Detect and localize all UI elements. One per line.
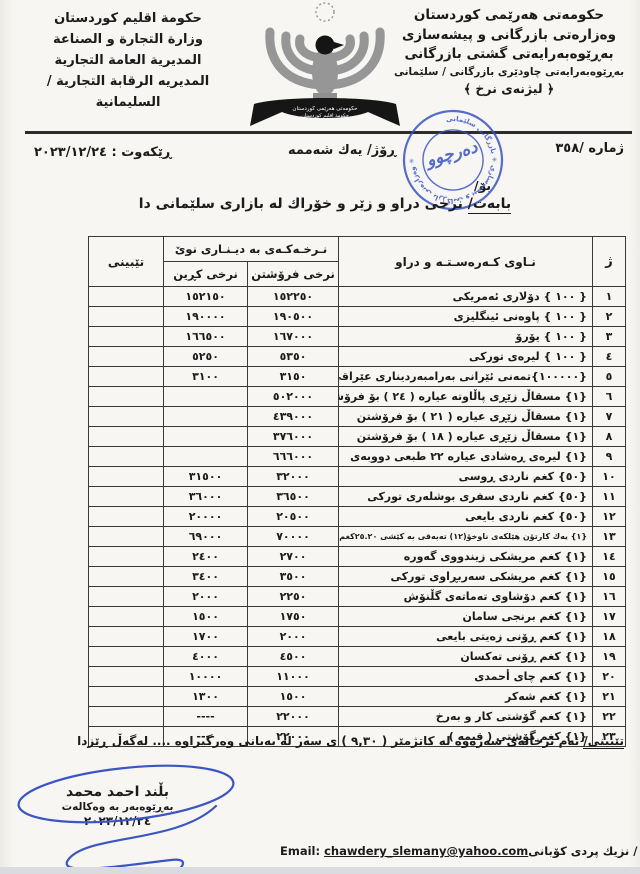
buy-price-cell: ٣١٥٠٠ — [164, 467, 248, 487]
sell-price-cell: ٢٢٠٠٠ — [248, 707, 339, 727]
sun-icon — [316, 3, 334, 21]
document-number: ژماره /٣٥٨ — [555, 141, 624, 156]
row-number-cell: ١١ — [593, 487, 626, 507]
header-arabic-line: المديرية العامة التجارية — [14, 50, 242, 71]
row-number-cell: ٢٠ — [593, 667, 626, 687]
buy-price-cell: ١٩٠٠٠٠ — [164, 307, 248, 327]
emblem-ribbon — [250, 98, 400, 126]
header-divider — [25, 131, 632, 134]
footer-note: تێبینی/ ئەم نرخانەی سەرەوە لە كاتژمێر ( … — [77, 734, 624, 748]
table-row: ٥ {١٠٠٠٠٠}تمەنی ئێرانی بەرامبەردیناری عێ… — [89, 367, 626, 387]
item-name-cell: { ١٠٠ } دۆلاری ئەمریكی — [339, 287, 593, 307]
header-kurdish-line: بەڕێوەبەرایەتی چاودێری بازرگانی / سلێمان… — [390, 65, 628, 81]
signer-date: ٢٠٢٣/١٢/٢٤ — [30, 814, 205, 828]
table-row: ٧ {١} مسقاڵ زێڕی عیارە ( ٢١ ) بۆ فرۆشتن … — [89, 407, 626, 427]
table-row: ٢٢ {١} كغم گۆشتی كار و بەرخ ٢٢٠٠٠ ---- — [89, 707, 626, 727]
item-name-cell: {١} مسقاڵ زێڕی عیارە ( ١٨ ) بۆ فرۆشتن — [339, 427, 593, 447]
table-row: ٤ { ١٠٠ } لیرەی توركی ٥٣٥٠ ٥٢٥٠ — [89, 347, 626, 367]
item-name-cell: {٥٠} كغم ناردی سفری بوشلەری توركی — [339, 487, 593, 507]
price-table-body: ١ { ١٠٠ } دۆلاری ئەمریكی ١٥٢٢٥٠ ١٥٢١٥٠ ٢… — [89, 287, 626, 747]
row-number-cell: ١٨ — [593, 627, 626, 647]
signature-block: بڵند احمد محمد بەڕێوەبەر بە وەكالەت ٢٠٢٣… — [30, 784, 205, 828]
buy-price-cell: ٣٦٠٠٠ — [164, 487, 248, 507]
col-header-number: ژ — [593, 237, 626, 287]
table-row: ١١ {٥٠} كغم ناردی سفری بوشلەری توركی ٣٦٥… — [89, 487, 626, 507]
table-row: ١٩ {١} كغم ڕۆنی تەكسان ٤٥٠٠ ٤٠٠٠ — [89, 647, 626, 667]
row-number-cell: ١٠ — [593, 467, 626, 487]
header-arabic-line: المديريه الرقابة التجارية / السليمانية — [14, 71, 242, 113]
table-row: ٢٠ {١} كغم چای أحمدی ١١٠٠٠ ١٠٠٠٠ — [89, 667, 626, 687]
buy-price-cell: ٦٩٠٠٠ — [164, 527, 248, 547]
note-cell — [89, 447, 164, 467]
row-number-cell: ٦ — [593, 387, 626, 407]
table-row: ٨ {١} مسقاڵ زێڕی عیارە ( ١٨ ) بۆ فرۆشتن … — [89, 427, 626, 447]
item-name-cell: {١} یەك كارتۆن هێلكەی ناوخۆ(١٢) تەبەقی ب… — [339, 527, 593, 547]
buy-price-cell: ١٦٦٥٠٠ — [164, 327, 248, 347]
sell-price-cell: ٣٥٠٠ — [248, 567, 339, 587]
note-cell — [89, 667, 164, 687]
table-row: ٢ { ١٠٠ } پاوەنی ئینگلیزی ١٩٠٥٠٠ ١٩٠٠٠٠ — [89, 307, 626, 327]
row-number-cell: ١ — [593, 287, 626, 307]
item-name-cell: {١} كغم ڕۆنی زەیتی بایعی — [339, 627, 593, 647]
row-number-cell: ٩ — [593, 447, 626, 467]
emblem-ribbon-text: حكومة اقليم كوردستان — [301, 113, 349, 119]
note-cell — [89, 547, 164, 567]
title-prefix: بابەت/ — [468, 196, 511, 214]
sell-price-cell: ١٥٢٢٥٠ — [248, 287, 339, 307]
note-cell — [89, 527, 164, 547]
sell-price-cell: ٦٦٦٠٠٠ — [248, 447, 339, 467]
item-name-cell: { ١٠٠ } یۆرۆ — [339, 327, 593, 347]
row-number-cell: ١٥ — [593, 567, 626, 587]
item-name-cell: {١٠٠٠٠٠}تمەنی ئێرانی بەرامبەردیناری عێرا… — [339, 367, 593, 387]
table-row: ٩ {١} لیرەی ڕەشادی عیارە ٢٢ طبعی دووبەی … — [89, 447, 626, 467]
col-header-note: تێبینی — [89, 237, 164, 287]
row-number-cell: ١٧ — [593, 607, 626, 627]
row-number-cell: ٢٢ — [593, 707, 626, 727]
price-committee-label: ﴿ لیژنەی نرخ ﴾ — [390, 80, 628, 99]
item-name-cell: { ١٠٠ } پاوەنی ئینگلیزی — [339, 307, 593, 327]
emblem-ribbon-text: حكومەتی هەرێمی كوردستان — [292, 105, 357, 112]
buy-price-cell: ١٧٠٠ — [164, 627, 248, 647]
header-arabic-line: وزارة التجارة و الصناعة — [14, 29, 242, 50]
buy-price-cell: ٢٠٠٠ — [164, 587, 248, 607]
table-row: ١٥ {١} كغم مریشكی سەربڕاوی توركی ٣٥٠٠ ٣٤… — [89, 567, 626, 587]
item-name-cell: {١} كغم ڕۆنی تەكسان — [339, 647, 593, 667]
document-page: حكومەتی هەرێمی كوردستان وەزارەتی بازرگان… — [0, 0, 640, 874]
buy-price-cell: ١٣٠٠ — [164, 687, 248, 707]
item-name-cell: {٥٠} كغم ناردی بایعی — [339, 507, 593, 527]
buy-price-cell: ٣١٠٠ — [164, 367, 248, 387]
buy-price-cell — [164, 407, 248, 427]
sell-price-cell: ٢٠٥٠٠ — [248, 507, 339, 527]
office-address: كۆمەڵگەی بازرگانی / نزیك پردی كۆبانی — [528, 844, 640, 858]
buy-price-cell — [164, 427, 248, 447]
row-number-cell: ١٦ — [593, 587, 626, 607]
document-day: ڕۆژ/ یەك شەممە — [288, 143, 396, 158]
row-number-cell: ٢١ — [593, 687, 626, 707]
buy-price-cell: ٤٠٠٠ — [164, 647, 248, 667]
buy-price-cell: ١٥٠٠ — [164, 607, 248, 627]
buy-price-cell: ٢٠٠٠٠ — [164, 507, 248, 527]
note-cell — [89, 467, 164, 487]
row-number-cell: ١٩ — [593, 647, 626, 667]
item-name-cell: {١} كغم دۆشاوی تەماتەی گڵنۆش — [339, 587, 593, 607]
sell-price-cell: ٢٧٠٠ — [248, 547, 339, 567]
buy-price-cell: ٢٤٠٠ — [164, 547, 248, 567]
item-name-cell: {١} مسقاڵ زێڕی عیارە ( ٢١ ) بۆ فرۆشتن — [339, 407, 593, 427]
row-number-cell: ٧ — [593, 407, 626, 427]
col-header-item-name: نـاوی كـەرەسـتـە و دراو — [339, 237, 593, 287]
item-name-cell: {٥٠} كغم ناردی ڕوسی — [339, 467, 593, 487]
row-number-cell: ٤ — [593, 347, 626, 367]
buy-price-cell: ٥٢٥٠ — [164, 347, 248, 367]
header-arabic-block: حكومة اقليم كوردستان وزارة التجارة و الص… — [14, 8, 242, 113]
buy-price-cell — [164, 447, 248, 467]
sell-price-cell: ٢٢٥٠ — [248, 587, 339, 607]
sell-price-cell: ١٧٥٠ — [248, 607, 339, 627]
sell-price-cell: ٥٣٥٠ — [248, 347, 339, 367]
buy-price-cell — [164, 387, 248, 407]
sell-price-cell: ١١٠٠٠ — [248, 667, 339, 687]
sell-price-cell: ٧٠٠٠٠ — [248, 527, 339, 547]
note-cell — [89, 587, 164, 607]
note-cell — [89, 347, 164, 367]
header-kurdish-line: بەڕێوەبەرایەتی گشتی بازرگانی — [390, 45, 628, 65]
note-cell — [89, 487, 164, 507]
email-address: chawdery_slemany@yahoo.com — [324, 844, 528, 858]
item-name-cell: {١} كغم مریشكی سەربڕاوی توركی — [339, 567, 593, 587]
table-row: ٢١ {١} كغم شەكر ١٥٠٠ ١٣٠٠ — [89, 687, 626, 707]
header-arabic-line: حكومة اقليم كوردستان — [14, 8, 242, 29]
sell-price-cell: ٣٢٠٠٠ — [248, 467, 339, 487]
table-row: ١٨ {١} كغم ڕۆنی زەیتی بایعی ٢٠٠٠ ١٧٠٠ — [89, 627, 626, 647]
sell-price-cell: ٤٣٩٠٠٠ — [248, 407, 339, 427]
footer-note-prefix: تێبینی/ — [583, 734, 624, 749]
row-number-cell: ٥ — [593, 367, 626, 387]
sell-price-cell: ١٥٠٠ — [248, 687, 339, 707]
sell-price-cell: ٤٥٠٠ — [248, 647, 339, 667]
table-row: ١٠ {٥٠} كغم ناردی ڕوسی ٣٢٠٠٠ ٣١٥٠٠ — [89, 467, 626, 487]
eagle-body-icon — [312, 48, 338, 96]
item-name-cell: { ١٠٠ } لیرەی توركی — [339, 347, 593, 367]
sell-price-cell: ٢٠٠٠ — [248, 627, 339, 647]
col-header-buy-price: نرخی كڕین — [164, 262, 248, 287]
row-number-cell: ١٤ — [593, 547, 626, 567]
note-cell — [89, 367, 164, 387]
note-cell — [89, 387, 164, 407]
sell-price-cell: ٣٦٥٠٠ — [248, 487, 339, 507]
note-cell — [89, 687, 164, 707]
contact-line: Email: chawdery_slemany@yahoo.comكۆمەڵگە… — [280, 844, 640, 858]
krg-eagle-emblem: حكومەتی هەرێمی كوردستان حكومة اقليم كورد… — [250, 0, 400, 130]
header-kurdish-block: حكومەتی هەرێمی كوردستان وەزارەتی بازرگان… — [390, 6, 628, 99]
document-date: ڕێكەوت : ٢٠٢٣/١٢/٢٤ — [34, 145, 172, 160]
email-label: Email: — [280, 844, 320, 858]
table-row: ١٧ {١} كغم برنجی سامان ١٧٥٠ ١٥٠٠ — [89, 607, 626, 627]
row-number-cell: ٣ — [593, 327, 626, 347]
row-number-cell: ٢ — [593, 307, 626, 327]
item-name-cell: {١} كغم شەكر — [339, 687, 593, 707]
item-name-cell: {١} كغم چای أحمدی — [339, 667, 593, 687]
note-cell — [89, 707, 164, 727]
title-text: نرخی دراو و زێر و خۆراك لە بازاری سلێمان… — [139, 196, 468, 212]
price-table: ژ نـاوی كـەرەسـتـە و دراو نـرخـەكـەی بە … — [88, 236, 626, 747]
col-header-price-group: نـرخـەكـەی بە دیـنـاری نوێ — [164, 237, 339, 262]
table-row: ٦ {١} مسقاڵ زێڕی پاڵاوتە عیارە ( ٢٤ ) بۆ… — [89, 387, 626, 407]
note-cell — [89, 307, 164, 327]
sell-price-cell: ٣١٥٠ — [248, 367, 339, 387]
note-cell — [89, 607, 164, 627]
header-kurdish-line: وەزارەتی بازرگانی و پیشەسازی — [390, 26, 628, 46]
buy-price-cell: ٣٤٠٠ — [164, 567, 248, 587]
item-name-cell: {١} مسقاڵ زێڕی پاڵاوتە عیارە ( ٢٤ ) بۆ ف… — [339, 387, 593, 407]
note-cell — [89, 407, 164, 427]
note-cell — [89, 647, 164, 667]
sell-price-cell: ١٩٠٥٠٠ — [248, 307, 339, 327]
row-number-cell: ١٢ — [593, 507, 626, 527]
header-kurdish-line: حكومەتی هەرێمی كوردستان — [390, 6, 628, 26]
sell-price-cell: ١٦٧٠٠٠ — [248, 327, 339, 347]
note-cell — [89, 627, 164, 647]
price-table-head: ژ نـاوی كـەرەسـتـە و دراو نـرخـەكـەی بە … — [89, 237, 626, 287]
signer-title: بەڕێوەبەر بە وەكالەت — [30, 801, 205, 813]
table-row: ١٦ {١} كغم دۆشاوی تەماتەی گڵنۆش ٢٢٥٠ ٢٠٠… — [89, 587, 626, 607]
buy-price-cell: ١٠٠٠٠ — [164, 667, 248, 687]
page-title: بابەت/ نرخی دراو و زێر و خۆراك لە بازاری… — [110, 196, 540, 212]
note-cell — [89, 507, 164, 527]
note-cell — [89, 327, 164, 347]
sell-price-cell: ٥٠٢٠٠٠ — [248, 387, 339, 407]
note-cell — [89, 567, 164, 587]
table-row: ١٣ {١} یەك كارتۆن هێلكەی ناوخۆ(١٢) تەبەق… — [89, 527, 626, 547]
buy-price-cell: ---- — [164, 707, 248, 727]
row-number-cell: ٨ — [593, 427, 626, 447]
col-header-sell-price: نرخی فرۆشتن — [248, 262, 339, 287]
item-name-cell: {١} كغم برنجی سامان — [339, 607, 593, 627]
row-number-cell: ١٣ — [593, 527, 626, 547]
table-row: ١٢ {٥٠} كغم ناردی بایعی ٢٠٥٠٠ ٢٠٠٠٠ — [89, 507, 626, 527]
table-row: ١ { ١٠٠ } دۆلاری ئەمریكی ١٥٢٢٥٠ ١٥٢١٥٠ — [89, 287, 626, 307]
item-name-cell: {١} كغم مریشكی زیندووی گەورە — [339, 547, 593, 567]
item-name-cell: {١} لیرەی ڕەشادی عیارە ٢٢ طبعی دووبەی — [339, 447, 593, 467]
signer-name: بڵند احمد محمد — [30, 784, 205, 800]
note-cell — [89, 427, 164, 447]
item-name-cell: {١} كغم گۆشتی كار و بەرخ — [339, 707, 593, 727]
sell-price-cell: ٣٧٦٠٠٠ — [248, 427, 339, 447]
note-cell — [89, 287, 164, 307]
footer-note-text: ئەم نرخانەی سەرەوە لە كاتژمێر ( ٩,٣٠ ) ی… — [77, 734, 583, 748]
table-row: ٣ { ١٠٠ } یۆرۆ ١٦٧٠٠٠ ١٦٦٥٠٠ — [89, 327, 626, 347]
buy-price-cell: ١٥٢١٥٠ — [164, 287, 248, 307]
table-row: ١٤ {١} كغم مریشكی زیندووی گەورە ٢٧٠٠ ٢٤٠… — [89, 547, 626, 567]
